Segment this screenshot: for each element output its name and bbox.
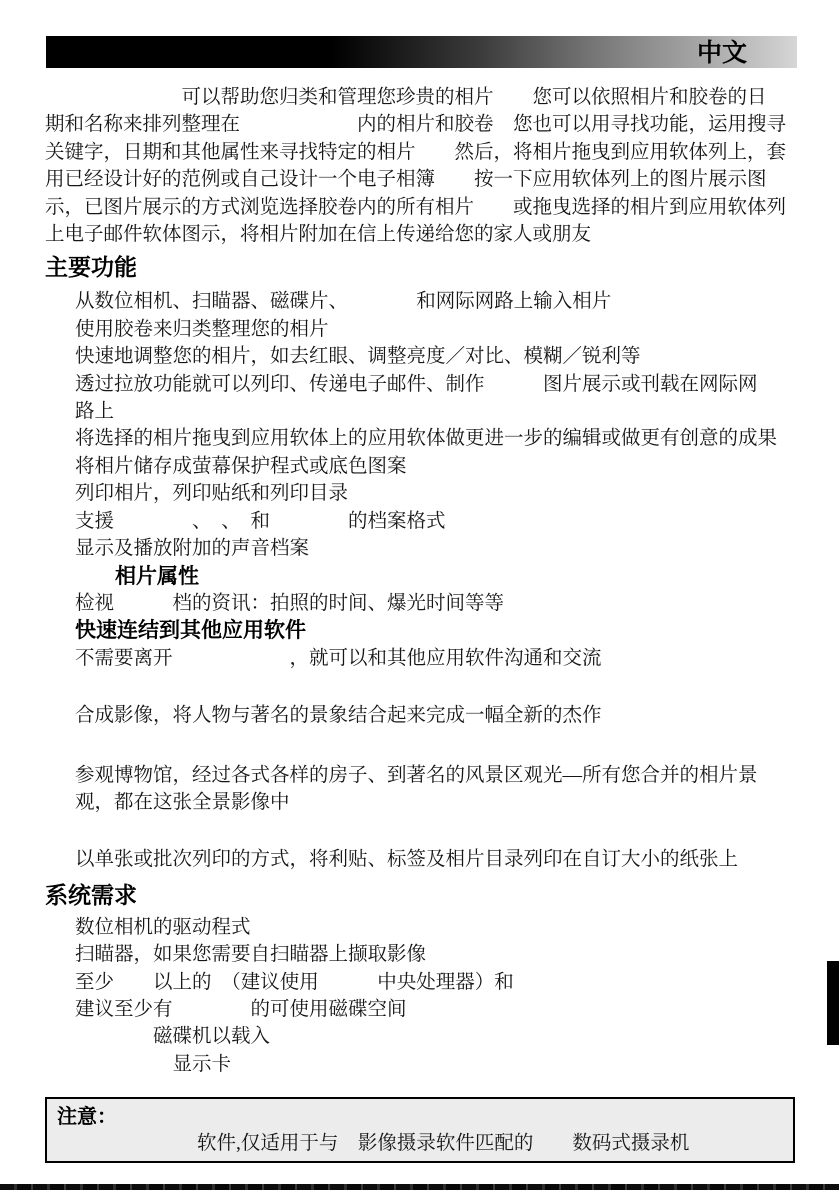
system-requirement-item: 显示卡: [75, 1051, 797, 1078]
page-body: 可以帮助您归类和管理您珍贵的相片 您可以依照相片和胶卷的日 期和名称来排列整理在…: [45, 84, 797, 1078]
photo-properties-line: 检视 档的资讯：拍照的时间、爆光时间等等: [75, 590, 797, 617]
spacer: [45, 816, 797, 846]
system-requirement-item: 至少 以上的 （建议使用 中央处理器）和: [75, 969, 797, 996]
intro-line: 期和名称来排列整理在 内的相片和胶卷 您也可以用寻找功能，运用搜寻: [45, 111, 797, 138]
feature-item: 从数位相机、扫瞄器、磁碟片、 和网际网路上输入相片: [75, 288, 797, 315]
intro-line: 用已经设计好的范例或自己设计一个电子相簿 按一下应用软体列上的图片展示图: [45, 166, 797, 193]
language-label: 中文: [697, 41, 747, 66]
section-heading-system-requirements: 系统需求: [45, 880, 797, 910]
extra-paragraph: 参观博物馆，经过各式各样的房子、到著名的风景区观光—所有您合并的相片景: [75, 762, 797, 789]
feature-item: 快速地调整您的相片，如去红眼、调整亮度／对比、模糊／锐利等: [75, 343, 797, 370]
feature-item: 列印相片，列印贴纸和列印目录: [75, 480, 797, 507]
feature-item: 将相片储存成萤幕保护程式或底色图案: [75, 453, 797, 480]
scan-artifact-strip: [0, 1184, 839, 1190]
quick-link-line: 不需要离开 ，就可以和其他应用软件沟通和交流: [75, 645, 797, 672]
note-text: 软件,仅适用于与 影像摄录软件匹配的 数码式摄录机: [197, 1131, 783, 1157]
feature-item: 透过拉放功能就可以列印、传递电子邮件、制作 图片展示或刊载在网际网: [75, 371, 797, 398]
intro-line: 示，已图片展示的方式浏览选择胶卷内的所有相片 或拖曳选择的相片到应用软体列: [45, 194, 797, 221]
system-requirement-item: 建议至少有 的可使用磁碟空间: [75, 996, 797, 1023]
page-edge-index-tab: [827, 961, 839, 1045]
header-bar: 中文: [46, 36, 797, 68]
subheading-quick-link: 快速连结到其他应用软件: [75, 617, 797, 644]
note-box: 注意： 软件,仅适用于与 影像摄录软件匹配的 数码式摄录机: [45, 1097, 795, 1163]
intro-line: 上电子邮件软体图示，将相片附加在信上传递给您的家人或朋友: [45, 221, 797, 248]
subheading-photo-properties: 相片属性: [115, 563, 797, 590]
intro-line: 可以帮助您归类和管理您珍贵的相片 您可以依照相片和胶卷的日: [45, 84, 797, 111]
feature-item: 使用胶卷来归类整理您的相片: [75, 316, 797, 343]
spacer: [45, 672, 797, 702]
extra-paragraph-continuation: 观，都在这张全景影像中: [75, 789, 797, 816]
feature-item: 将选择的相片拖曳到应用软体上的应用软体做更进一步的编辑或做更有创意的成果: [75, 425, 797, 452]
feature-item: 支援 、 、 和 的档案格式: [75, 508, 797, 535]
extra-paragraph: 合成影像，将人物与著名的景象结合起来完成一幅全新的杰作: [75, 702, 797, 729]
feature-item-continuation: 路上: [75, 398, 797, 425]
note-heading: 注意：: [57, 1105, 783, 1129]
system-requirement-item: 磁碟机以载入: [75, 1023, 797, 1050]
system-requirement-item: 数位相机的驱动程式: [75, 914, 797, 941]
feature-item: 显示及播放附加的声音档案: [75, 535, 797, 562]
spacer: [45, 730, 797, 762]
intro-line: 关键字，日期和其他属性来寻找特定的相片 然后，将相片拖曳到应用软体列上，套: [45, 139, 797, 166]
system-requirement-item: 扫瞄器，如果您需要自扫瞄器上撷取影像: [75, 941, 797, 968]
extra-paragraph: 以单张或批次列印的方式，将利贴、标签及相片目录列印在自订大小的纸张上: [75, 846, 797, 873]
section-heading-main-features: 主要功能: [45, 252, 797, 282]
